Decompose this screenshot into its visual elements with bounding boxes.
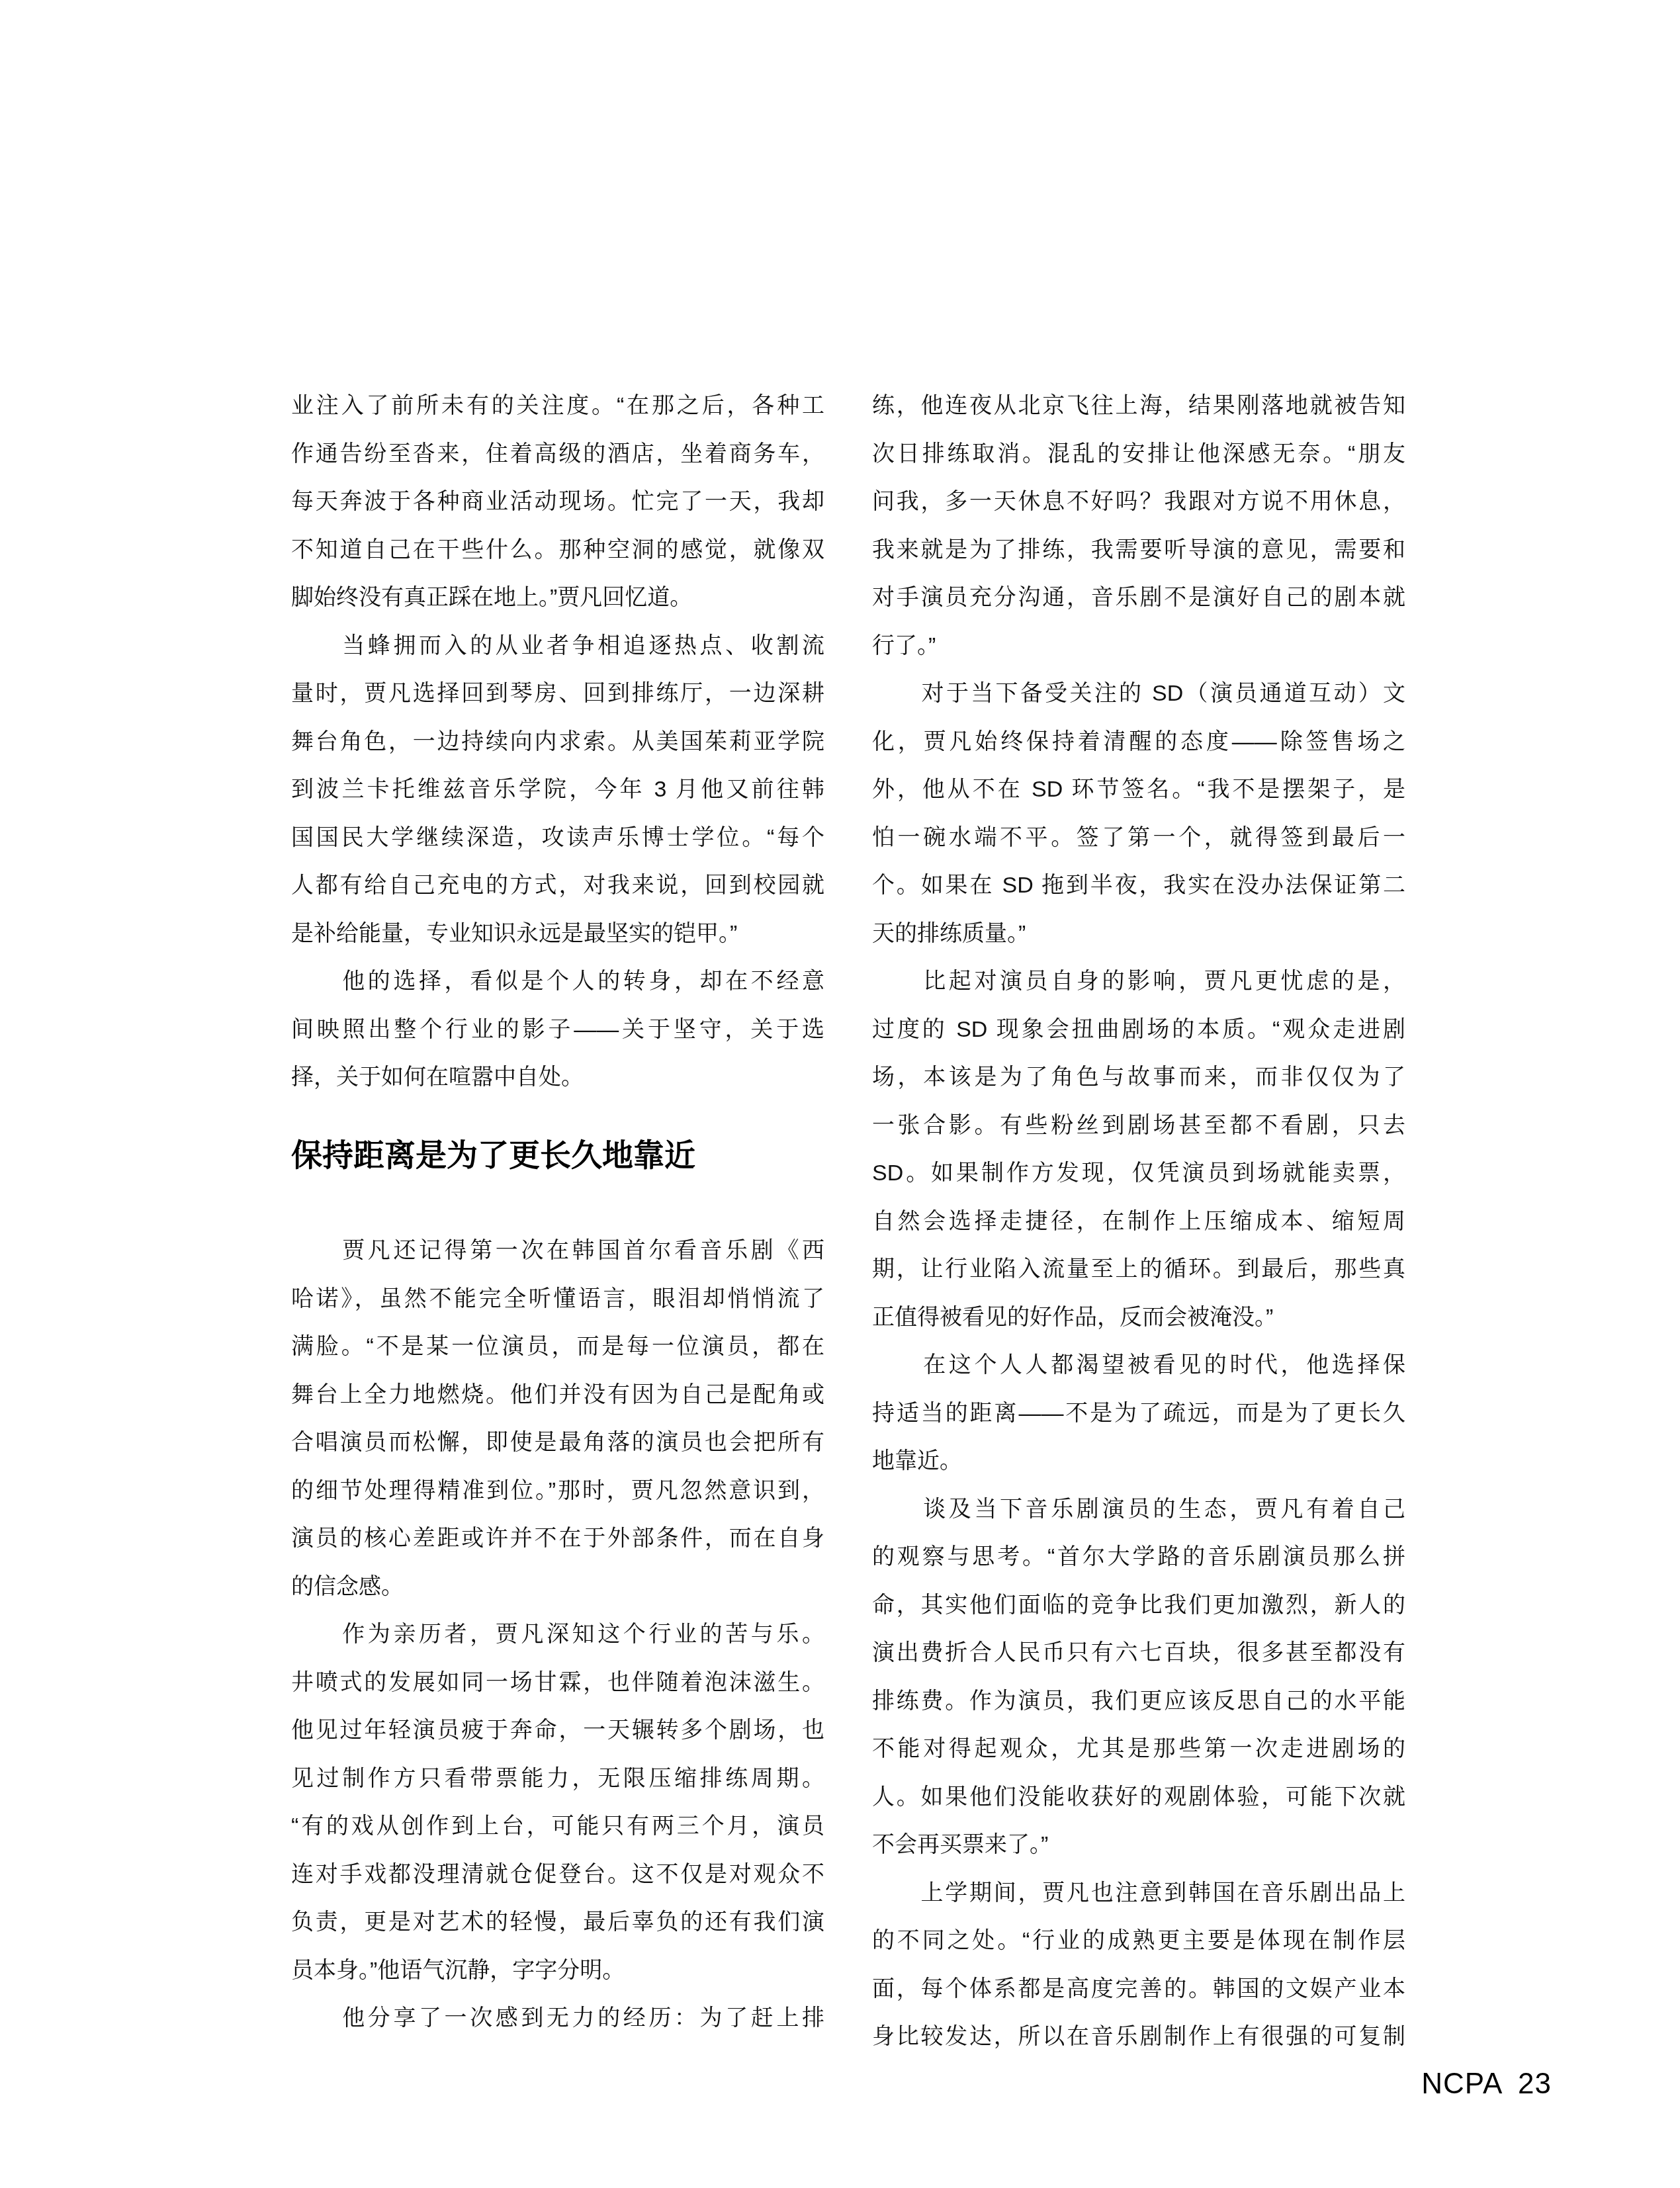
text-line: 业注入了前所未有的关注度。“在那之后，各种工 <box>291 382 824 430</box>
text-line: 在这个人人都渴望被看见的时代，他选择保 <box>872 1341 1405 1389</box>
text-line: 地靠近。 <box>872 1437 1405 1485</box>
text-line: 期，让行业陷入流量至上的循环。到最后，那些真 <box>872 1245 1405 1293</box>
text-line: 个。如果在 SD 拖到半夜，我实在没办法保证第二 <box>872 861 1405 910</box>
text-line: 合唱演员而松懈，即使是最角落的演员也会把所有 <box>291 1419 824 1467</box>
text-line: 人。如果他们没能收获好的观剧体验，可能下次就 <box>872 1773 1405 1821</box>
text-line: 见过制作方只看带票能力，无限压缩排练周期。 <box>291 1755 824 1803</box>
magazine-page: 业注入了前所未有的关注度。“在那之后，各种工作通告纷至沓来，住着高级的酒店，坐着… <box>0 0 1680 2188</box>
text-line: 场，本该是为了角色与故事而来，而非仅仅为了 <box>872 1053 1405 1102</box>
text-line: 量时，贾凡选择回到琴房、回到排练厅，一边深耕 <box>291 670 824 718</box>
text-line: 当蜂拥而入的从业者争相追逐热点、收割流 <box>291 622 824 670</box>
text-line: 问我，多一天休息不好吗？我跟对方说不用休息， <box>872 478 1405 526</box>
text-line: 员本身。”他语气沉静，字字分明。 <box>291 1947 824 1995</box>
text-line: 不知道自己在干些什么。那种空洞的感觉，就像双 <box>291 526 824 574</box>
text-line: 对手演员充分沟通，音乐剧不是演好自己的剧本就 <box>872 574 1405 622</box>
page-number: NCPA 23 <box>1421 2068 1552 2100</box>
text-line: 正值得被看见的好作品，反而会被淹没。” <box>872 1293 1405 1342</box>
text-line: SD。如果制作方发现，仅凭演员到场就能卖票， <box>872 1149 1405 1198</box>
right-column-block: 练，他连夜从北京飞往上海，结果刚落地就被告知次日排练取消。混乱的安排让他深感无奈… <box>872 382 1405 2061</box>
text-line: 贾凡还记得第一次在韩国首尔看音乐剧《西 <box>291 1227 824 1275</box>
text-line: 负责，更是对艺术的轻慢，最后辜负的还有我们演 <box>291 1898 824 1947</box>
text-line: 到波兰卡托维兹音乐学院，今年 3 月他又前往韩 <box>291 766 824 814</box>
text-line: 的细节处理得精准到位。”那时，贾凡忽然意识到， <box>291 1467 824 1515</box>
text-line: 作为亲历者，贾凡深知这个行业的苦与乐。 <box>291 1610 824 1659</box>
text-line: 国国民大学继续深造，攻读声乐博士学位。“每个 <box>291 814 824 862</box>
left-column-bottom-block: 贾凡还记得第一次在韩国首尔看音乐剧《西哈诺》，虽然不能完全听懂语言，眼泪却悄悄流… <box>291 1227 824 2042</box>
text-line: 化，贾凡始终保持着清醒的态度——除签售场之 <box>872 718 1405 766</box>
text-line: 连对手戏都没理清就仓促登台。这不仅是对观众不 <box>291 1851 824 1899</box>
text-line: 自然会选择走捷径，在制作上压缩成本、缩短周 <box>872 1198 1405 1246</box>
text-line: 舞台角色，一边持续向内求索。从美国茱莉亚学院 <box>291 718 824 766</box>
section-heading: 保持距离是为了更长久地靠近 <box>291 1135 824 1175</box>
text-line: 外，他从不在 SD 环节签名。“我不是摆架子，是 <box>872 766 1405 814</box>
text-line: 一张合影。有些粉丝到剧场甚至都不看剧，只去 <box>872 1102 1405 1150</box>
text-line: 哈诺》，虽然不能完全听懂语言，眼泪却悄悄流了 <box>291 1275 824 1323</box>
text-line: 上学期间，贾凡也注意到韩国在音乐剧出品上 <box>872 1869 1405 1917</box>
text-line: 井喷式的发展如同一场甘霖，也伴随着泡沫滋生。 <box>291 1659 824 1707</box>
text-line: 面，每个体系都是高度完善的。韩国的文娱产业本 <box>872 1965 1405 2013</box>
text-line: 练，他连夜从北京飞往上海，结果刚落地就被告知 <box>872 382 1405 430</box>
text-line: 命，其实他们面临的竞争比我们更加激烈，新人的 <box>872 1581 1405 1630</box>
text-line: 的不同之处。“行业的成熟更主要是体现在制作层 <box>872 1917 1405 1965</box>
text-line: 比起对演员自身的影响，贾凡更忧虑的是， <box>872 957 1405 1006</box>
text-line: 人都有给自己充电的方式，对我来说，回到校园就 <box>291 861 824 910</box>
text-line: 作通告纷至沓来，住着高级的酒店，坐着商务车， <box>291 430 824 478</box>
text-line: 对于当下备受关注的 SD（演员通道互动）文 <box>872 670 1405 718</box>
text-line: 的观察与思考。“首尔大学路的音乐剧演员那么拼 <box>872 1533 1405 1581</box>
text-line: “有的戏从创作到上台，可能只有两三个月，演员 <box>291 1802 824 1851</box>
text-line: 持适当的距离——不是为了疏远，而是为了更长久 <box>872 1389 1405 1438</box>
text-line: 过度的 SD 现象会扭曲剧场的本质。“观众走进剧 <box>872 1006 1405 1054</box>
text-line: 演出费折合人民币只有六七百块，很多甚至都没有 <box>872 1629 1405 1677</box>
text-line: 舞台上全力地燃烧。他们并没有因为自己是配角或 <box>291 1371 824 1419</box>
text-line: 怕一碗水端不平。签了第一个，就得签到最后一 <box>872 814 1405 862</box>
text-line: 他分享了一次感到无力的经历：为了赶上排 <box>291 1994 824 2042</box>
text-line: 演员的核心差距或许并不在于外部条件，而在自身 <box>291 1514 824 1563</box>
text-line: 是补给能量，专业知识永远是最坚实的铠甲。” <box>291 910 824 958</box>
text-line: 脚始终没有真正踩在地上。”贾凡回忆道。 <box>291 574 824 622</box>
text-line: 行了。” <box>872 622 1405 670</box>
text-line: 满脸。“不是某一位演员，而是每一位演员，都在 <box>291 1323 824 1371</box>
text-line: 他见过年轻演员疲于奔命，一天辗转多个剧场，也 <box>291 1706 824 1755</box>
text-line: 我来就是为了排练，我需要听导演的意见，需要和 <box>872 526 1405 574</box>
text-line: 择，关于如何在喧嚣中自处。 <box>291 1053 824 1102</box>
text-line: 身比较发达，所以在音乐剧制作上有很强的可复制 <box>872 2013 1405 2061</box>
text-line: 不能对得起观众，尤其是那些第一次走进剧场的 <box>872 1725 1405 1773</box>
text-line: 谈及当下音乐剧演员的生态，贾凡有着自己 <box>872 1485 1405 1534</box>
text-line: 他的选择，看似是个人的转身，却在不经意 <box>291 957 824 1006</box>
text-line: 排练费。作为演员，我们更应该反思自己的水平能 <box>872 1677 1405 1726</box>
text-line: 天的排练质量。” <box>872 910 1405 958</box>
left-column-top-block: 业注入了前所未有的关注度。“在那之后，各种工作通告纷至沓来，住着高级的酒店，坐着… <box>291 382 824 1102</box>
text-line: 次日排练取消。混乱的安排让他深感无奈。“朋友 <box>872 430 1405 478</box>
text-line: 间映照出整个行业的影子——关于坚守，关于选 <box>291 1006 824 1054</box>
text-line: 不会再买票来了。” <box>872 1821 1405 1869</box>
text-line: 每天奔波于各种商业活动现场。忙完了一天，我却 <box>291 478 824 526</box>
text-line: 的信念感。 <box>291 1563 824 1611</box>
